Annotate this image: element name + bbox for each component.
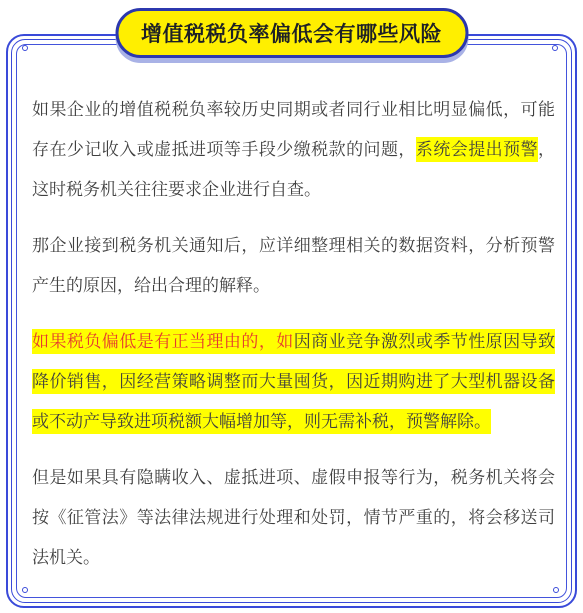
corner-ring-top-left <box>22 45 28 51</box>
paragraph: 但是如果具有隐瞒收入、虚抵进项、虚假申报等行为，税务机关将会按《征管法》等法律法… <box>32 458 555 578</box>
corner-ring-bottom-right <box>553 587 559 593</box>
title-banner: 增值税税负率偏低会有哪些风险 <box>115 8 468 58</box>
corner-ring-bottom-left <box>22 587 28 593</box>
page: 增值税税负率偏低会有哪些风险 如果企业的增值税税负率较历史同期或者同行业相比明显… <box>0 0 583 613</box>
text-run-highlight: 系统会提出预警 <box>416 137 538 162</box>
text-run-normal: 那企业接到税务机关通知后，应详细整理相关的数据资料，分析预警产生的原因，给出合理… <box>32 236 555 295</box>
corner-ring-top-right <box>552 45 558 51</box>
body-text: 如果企业的增值税税负率较历史同期或者同行业相比明显偏低，可能存在少记收入或虚抵进… <box>10 38 573 604</box>
content-card: 增值税税负率偏低会有哪些风险 如果企业的增值税税负率较历史同期或者同行业相比明显… <box>6 34 577 608</box>
paragraph: 如果企业的增值税税负率较历史同期或者同行业相比明显偏低，可能存在少记收入或虚抵进… <box>32 90 555 210</box>
text-run-highlight-red: 如果税负偏低是有正当理由的，如 <box>32 329 294 354</box>
paragraph: 那企业接到税务机关通知后，应详细整理相关的数据资料，分析预警产生的原因，给出合理… <box>32 226 555 306</box>
text-run-normal: 但是如果具有隐瞒收入、虚抵进项、虚假申报等行为，税务机关将会按《征管法》等法律法… <box>32 468 555 567</box>
page-title: 增值税税负率偏低会有哪些风险 <box>141 23 442 46</box>
paragraph: 如果税负偏低是有正当理由的，如因商业竞争激烈或季节性原因导致降价销售，因经营策略… <box>32 322 555 442</box>
